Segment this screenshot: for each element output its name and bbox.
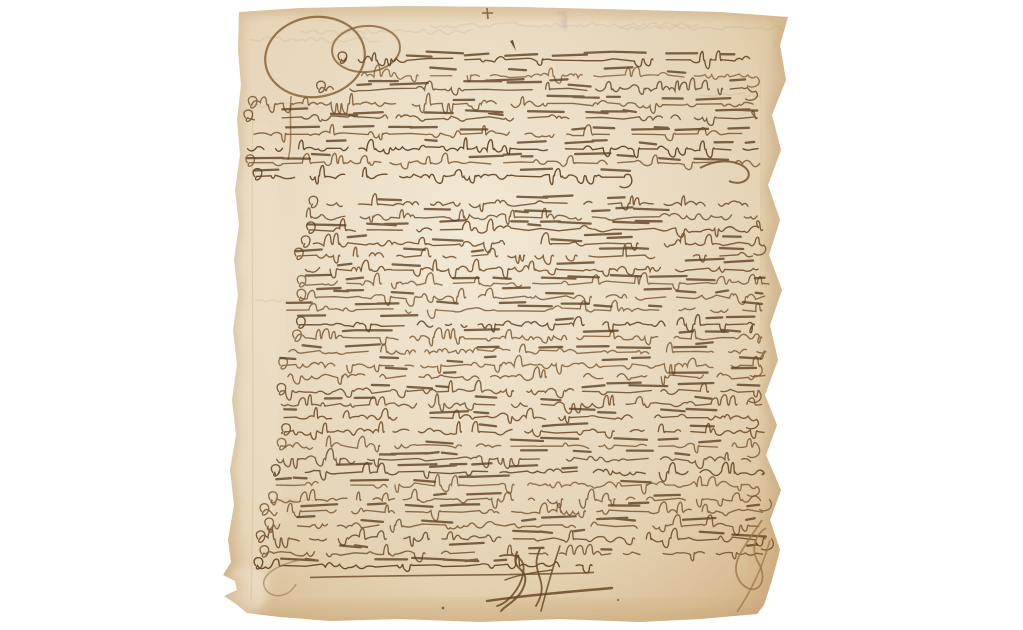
photo-canvas [0, 0, 1023, 630]
manuscript-photo [0, 0, 1023, 630]
